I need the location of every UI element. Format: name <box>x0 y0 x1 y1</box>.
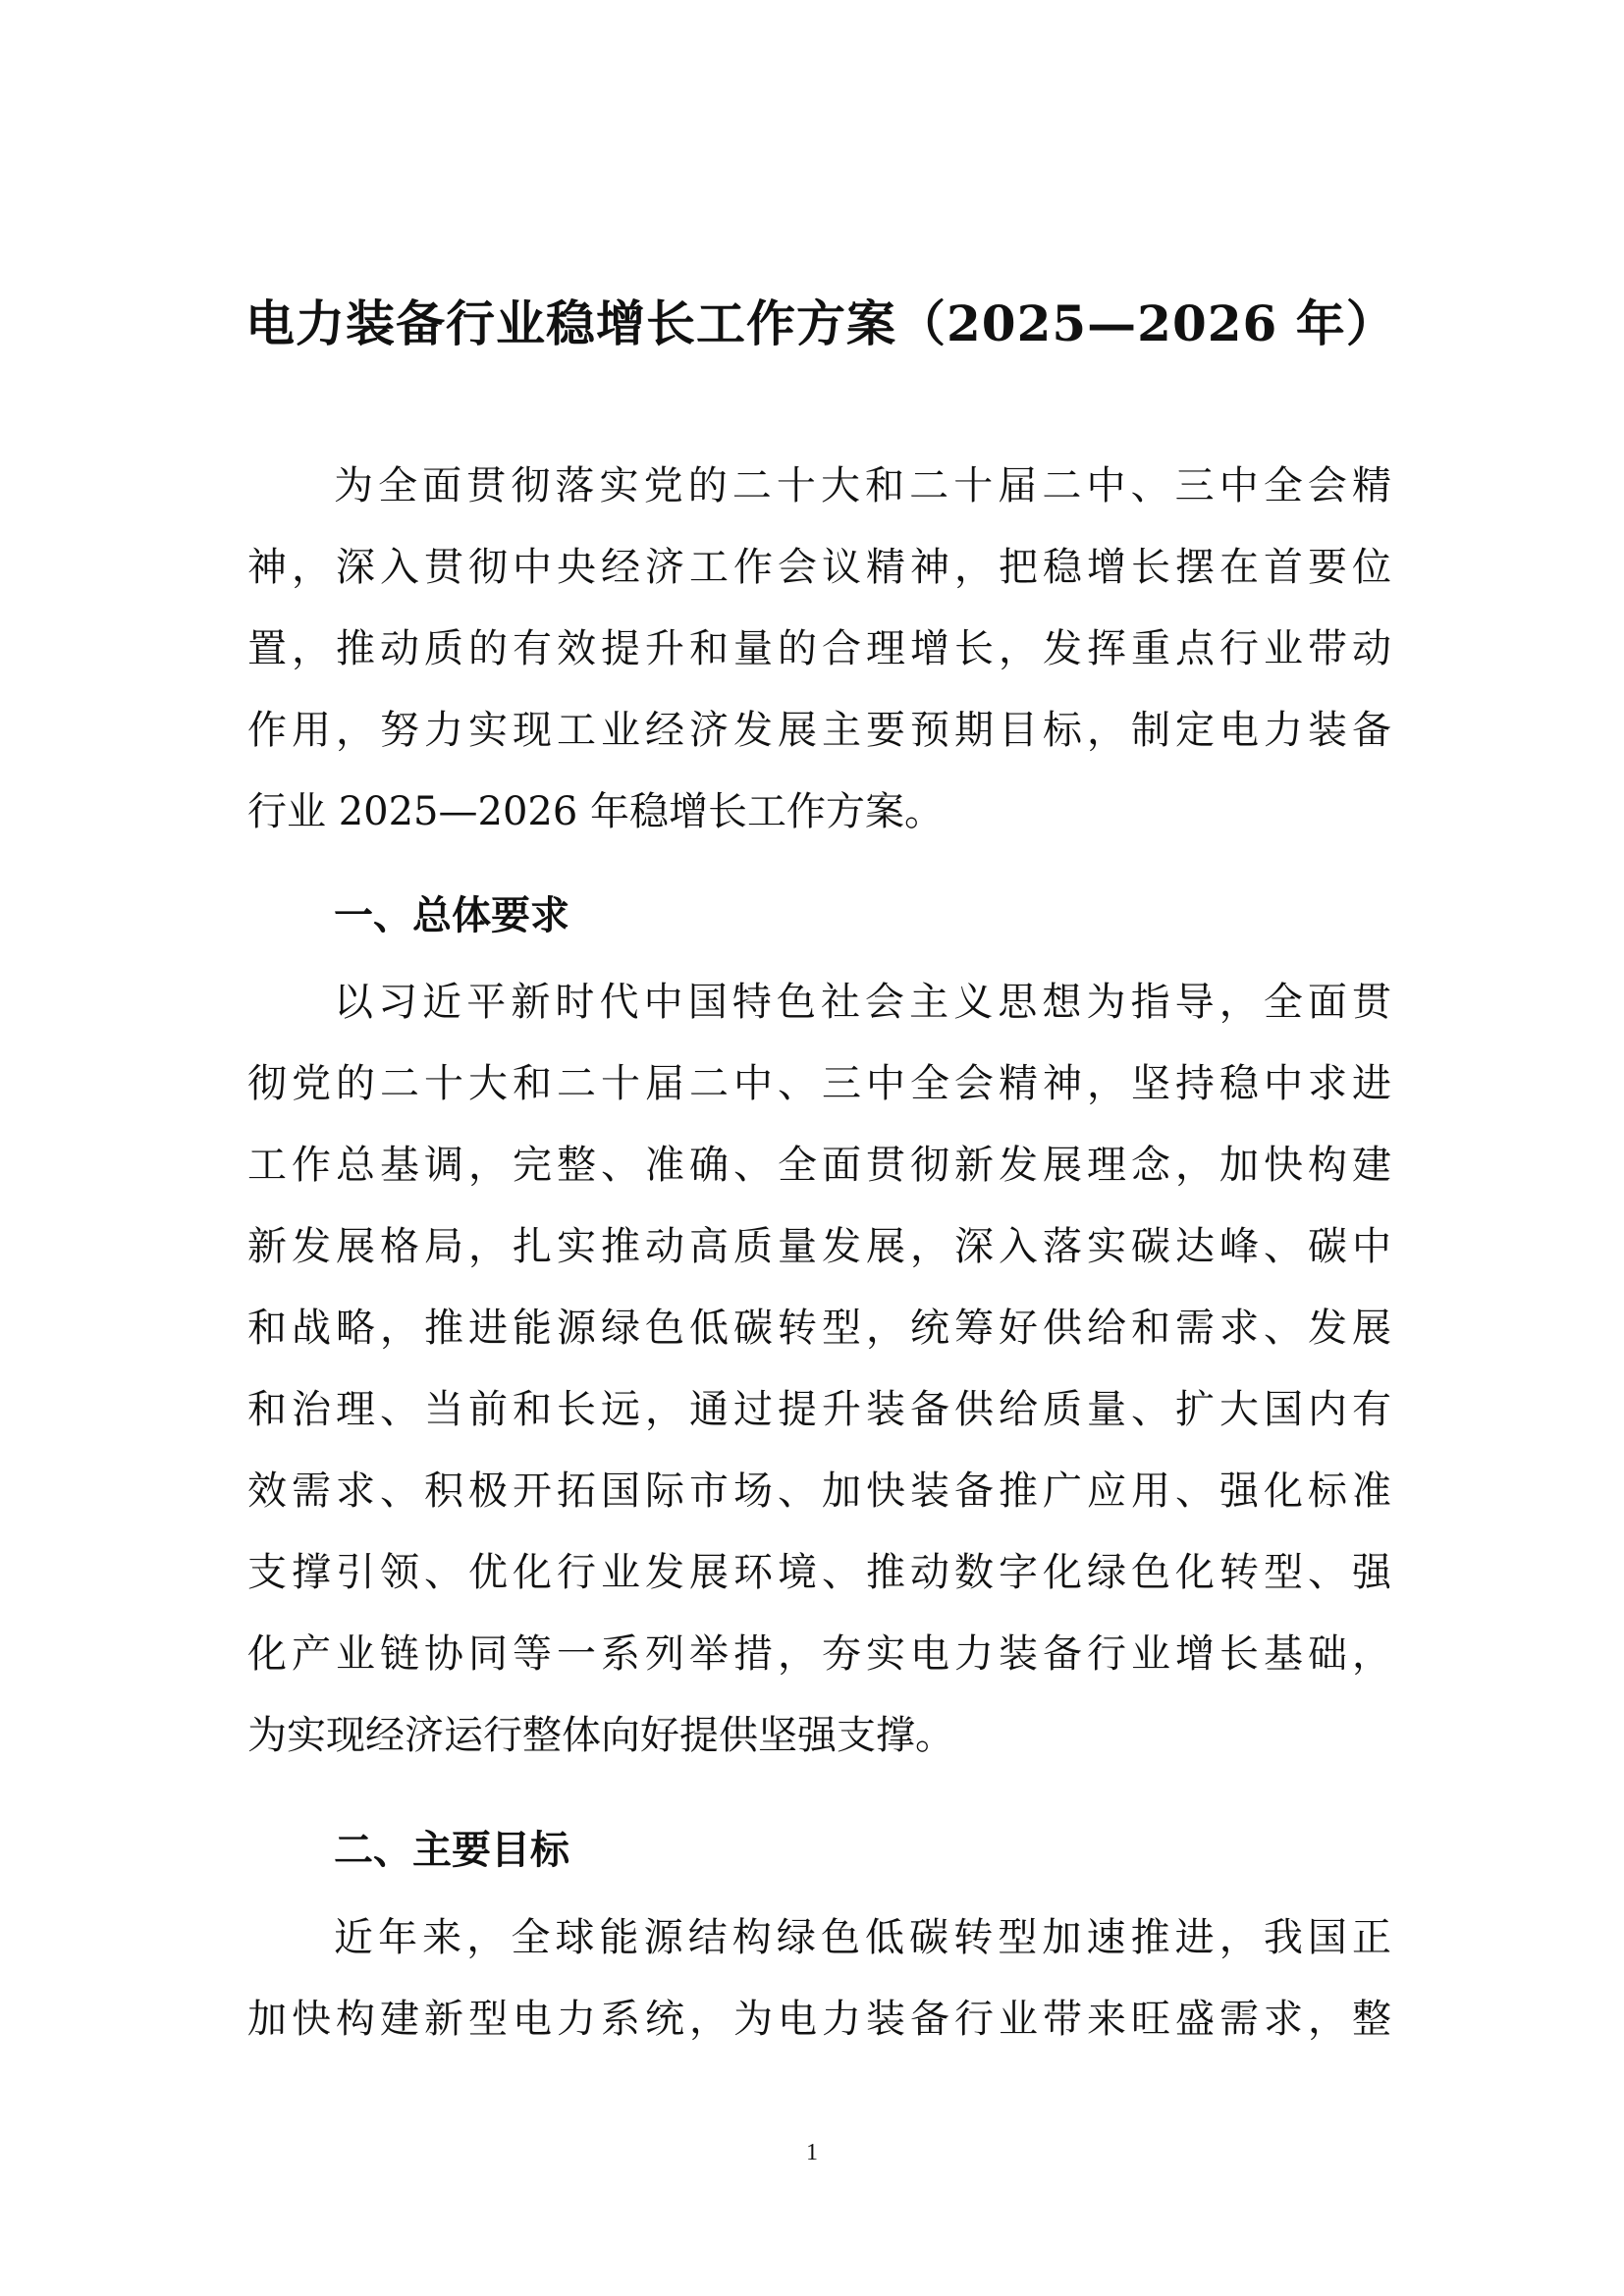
document-title: 电力装备行业稳增长工作方案（2025—2026 年） <box>245 290 1394 358</box>
paragraph-line: 效需求、积极开拓国际市场、加快装备推广应用、强化标准 <box>247 1464 1391 1519</box>
paragraph-line: 以习近平新时代中国特色社会主义思想为指导，全面贯 <box>334 975 1391 1030</box>
paragraph-line: 彻党的二十大和二十届二中、三中全会精神，坚持稳中求进 <box>247 1056 1391 1111</box>
section-heading-main-goals: 二、主要目标 <box>334 1823 569 1878</box>
document-page: 电力装备行业稳增长工作方案（2025—2026 年） 为全面贯彻落实党的二十大和… <box>0 0 1624 2296</box>
intro-line: 作用，努力实现工业经济发展主要预期目标，制定电力装备 <box>247 703 1391 758</box>
paragraph-line: 支撑引领、优化行业发展环境、推动数字化绿色化转型、强 <box>247 1545 1391 1600</box>
paragraph-line: 和治理、当前和长远，通过提升装备供给质量、扩大国内有 <box>247 1382 1391 1437</box>
paragraph-line: 为实现经济运行整体向好提供坚强支撑。 <box>247 1708 1391 1763</box>
paragraph-line: 化产业链协同等一系列举措，夯实电力装备行业增长基础， <box>247 1627 1391 1682</box>
paragraph-line: 近年来，全球能源结构绿色低碳转型加速推进，我国正 <box>334 1910 1391 1965</box>
intro-line: 行业 2025—2026 年稳增长工作方案。 <box>247 784 1391 839</box>
intro-line: 神，深入贯彻中央经济工作会议精神，把稳增长摆在首要位 <box>247 540 1391 595</box>
paragraph-line: 新发展格局，扎实推动高质量发展，深入落实碳达峰、碳中 <box>247 1219 1391 1274</box>
intro-line: 为全面贯彻落实党的二十大和二十届二中、三中全会精 <box>334 458 1391 513</box>
paragraph-line: 工作总基调，完整、准确、全面贯彻新发展理念，加快构建 <box>247 1138 1391 1193</box>
paragraph-line: 和战略，推进能源绿色低碳转型，统筹好供给和需求、发展 <box>247 1301 1391 1356</box>
section-heading-general-requirements: 一、总体要求 <box>334 888 569 943</box>
intro-line: 置，推动质的有效提升和量的合理增长，发挥重点行业带动 <box>247 621 1391 676</box>
paragraph-line: 加快构建新型电力系统，为电力装备行业带来旺盛需求，整 <box>247 1992 1391 2047</box>
page-number: 1 <box>0 2140 1624 2166</box>
